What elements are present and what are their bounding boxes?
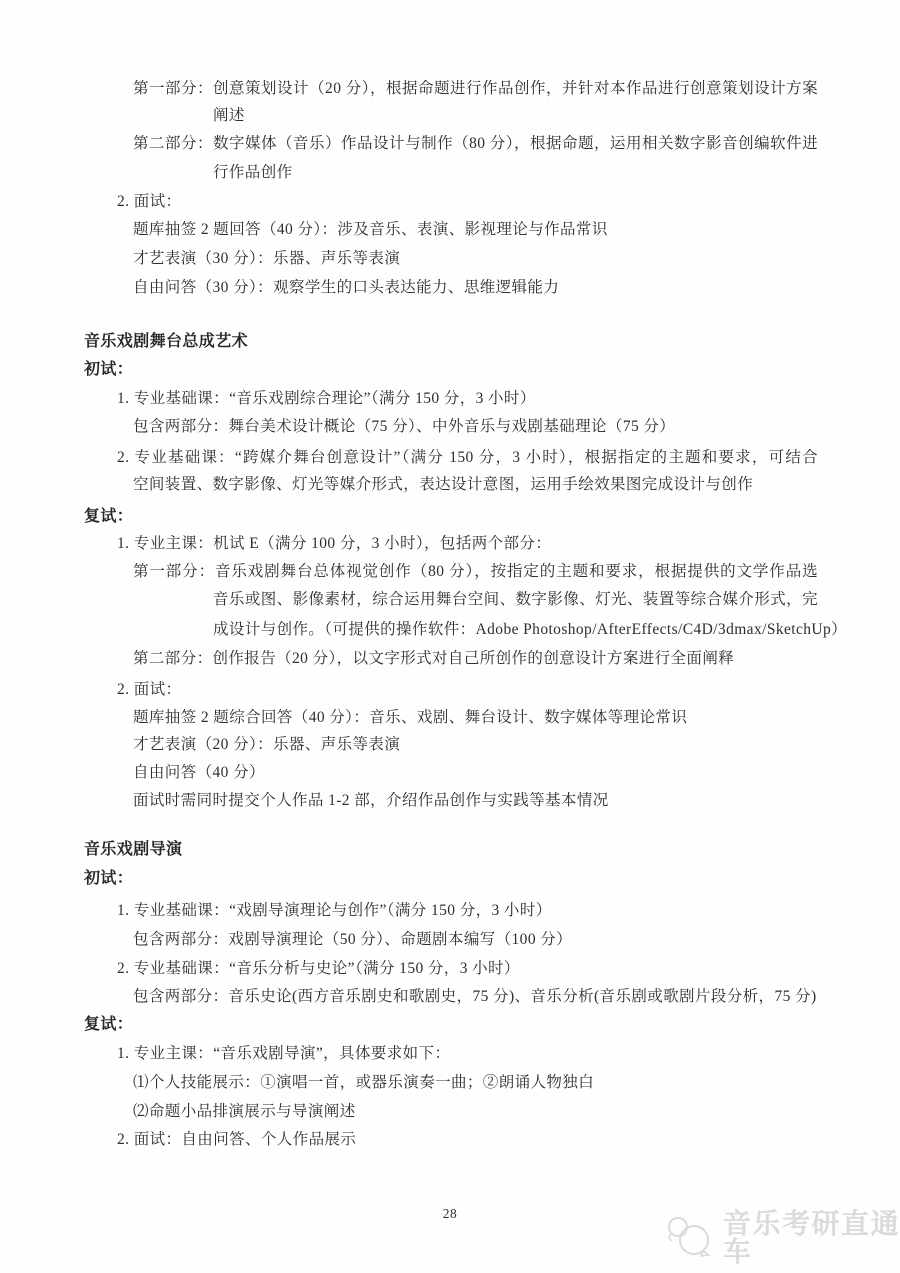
doc-line: 1. 专业主课：“音乐戏剧导演”，具体要求如下：: [117, 1042, 450, 1065]
doc-line: 第一部分：创意策划设计（20 分），根据命题进行作品创作，并针对本作品进行创意策…: [133, 77, 818, 100]
doc-line: 阐述: [213, 104, 245, 127]
doc-line: 音乐或图、影像素材，综合运用舞台空间、数字影像、灯光、装置等综合媒介形式，完: [213, 588, 818, 611]
doc-line: 包含两部分：戏剧导演理论（50 分）、命题剧本编写（100 分）: [133, 928, 572, 951]
doc-line: 1. 专业基础课：“音乐戏剧综合理论”（满分 150 分，3 小时）: [117, 387, 536, 410]
doc-line: 行作品创作: [213, 161, 293, 184]
doc-line: 第二部分：数字媒体（音乐）作品设计与制作（80 分），根据命题，运用相关数字影音…: [133, 132, 818, 155]
doc-line: 空间装置、数字影像、灯光等媒介形式，表达设计意图，运用手绘效果图完成设计与创作: [133, 473, 753, 496]
doc-line: 2. 面试：: [117, 678, 181, 701]
doc-line: 才艺表演（30 分）：乐器、声乐等表演: [133, 247, 400, 270]
doc-line: 成设计与创作。（可提供的操作软件：Adobe Photoshop/AfterEf…: [213, 618, 847, 641]
doc-line: 第二部分：创作报告（20 分），以文字形式对自己所创作的创意设计方案进行全面阐释: [133, 647, 734, 670]
section-heading: 音乐戏剧导演: [84, 838, 182, 861]
doc-line: ⑵命题小品排演展示与导演阐述: [133, 1100, 356, 1123]
doc-line: 1. 专业主课：机试 E（满分 100 分，3 小时），包括两个部分：: [117, 532, 551, 555]
doc-line: 题库抽签 2 题综合回答（40 分）：音乐、戏剧、舞台设计、数字媒体等理论常识: [133, 706, 687, 729]
doc-line: ⑴个人技能展示：①演唱一首，或器乐演奏一曲；②朗诵人物独白: [133, 1071, 594, 1094]
doc-line: 才艺表演（20 分）：乐器、声乐等表演: [133, 733, 400, 756]
subsection-heading: 复试：: [84, 1013, 133, 1036]
doc-line: 自由问答（30 分）：观察学生的口头表达能力、思维逻辑能力: [133, 276, 559, 299]
subsection-heading: 初试：: [84, 867, 133, 890]
document-page: 第一部分：创意策划设计（20 分），根据命题进行作品创作，并针对本作品进行创意策…: [0, 0, 900, 1273]
doc-line: 第一部分：音乐戏剧舞台总体视觉创作（80 分），按指定的主题和要求，根据提供的文…: [133, 560, 818, 583]
doc-line: 面试时需同时提交个人作品 1-2 部，介绍作品创作与实践等基本情况: [133, 789, 609, 812]
doc-line: 2. 面试：自由问答、个人作品展示: [117, 1128, 356, 1151]
doc-line: 包含两部分：音乐史论(西方音乐剧史和歌剧史，75 分)、音乐分析(音乐剧或歌剧片…: [133, 985, 817, 1008]
doc-line: 2. 专业基础课：“跨媒介舞台创意设计”（满分 150 分，3 小时），根据指定…: [117, 446, 818, 469]
subsection-heading: 初试：: [84, 358, 133, 381]
doc-line: 2. 面试：: [117, 190, 181, 213]
section-heading: 音乐戏剧舞台总成艺术: [84, 330, 248, 353]
doc-line: 包含两部分：舞台美术设计概论（75 分）、中外音乐与戏剧基础理论（75 分）: [133, 415, 675, 438]
doc-line: 1. 专业基础课：“戏剧导演理论与创作”（满分 150 分，3 小时）: [117, 899, 552, 922]
doc-line: 2. 专业基础课：“音乐分析与史论”（满分 150 分，3 小时）: [117, 957, 520, 980]
subsection-heading: 复试：: [84, 505, 133, 528]
page-number: 28: [0, 1206, 900, 1222]
doc-line: 题库抽签 2 题回答（40 分）：涉及音乐、表演、影视理论与作品常识: [133, 218, 608, 241]
doc-line: 自由问答（40 分）: [133, 761, 265, 784]
